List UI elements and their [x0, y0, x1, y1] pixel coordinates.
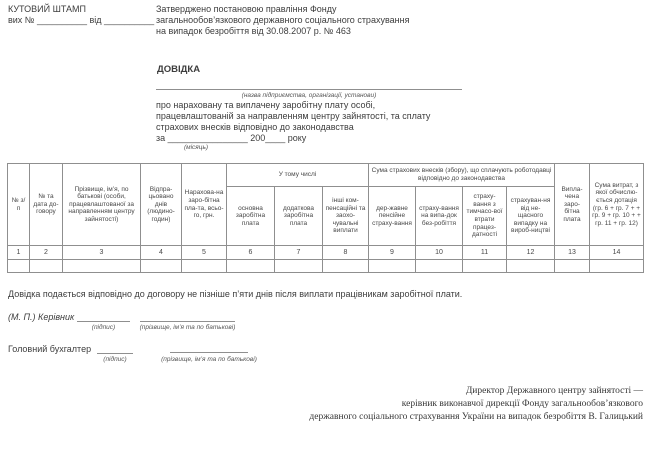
accountant-role-label: Головний бухгалтер — [8, 344, 91, 355]
col-num-11: 11 — [463, 246, 507, 260]
col-header-7: додаткова заробітна плата — [275, 187, 323, 246]
subject-block: про нараховану та виплачену заробітну пл… — [156, 100, 430, 144]
org-name-line — [156, 80, 462, 90]
data-cell — [141, 260, 182, 273]
head-role-label: (М. П.) Керівник — [8, 312, 74, 323]
col-num-6: 6 — [227, 246, 275, 260]
col-num-5: 5 — [182, 246, 227, 260]
approval-line: на випадок безробіття від 30.08.2007 р. … — [156, 26, 409, 37]
data-cell — [463, 260, 507, 273]
data-cell — [227, 260, 275, 273]
data-cell — [416, 260, 463, 273]
subject-line: страхових внесків відповідно до законода… — [156, 122, 430, 133]
month-caption: (місяць) — [158, 144, 234, 152]
data-cell — [555, 260, 590, 273]
col-num-3: 3 — [63, 246, 141, 260]
col-num-14: 14 — [590, 246, 644, 260]
accountant-signature-caption: (підпис) — [85, 356, 145, 364]
head-signature-line — [77, 312, 130, 322]
col-num-13: 13 — [555, 246, 590, 260]
data-cell — [507, 260, 555, 273]
certificate-form-page: КУТОВИЙ ШТАМП вих № __________ від _____… — [0, 0, 650, 457]
col-header-10: страху-вання на випа-док без-робіття — [416, 187, 463, 246]
director-line: державного соціального страхування Украї… — [243, 411, 643, 424]
accountant-name-line — [170, 343, 248, 353]
col-num-8: 8 — [323, 246, 369, 260]
col-header-6: основна заробітна плата — [227, 187, 275, 246]
col-num-2: 2 — [30, 246, 63, 260]
accountant-signature-line — [97, 344, 133, 354]
subject-line: працевлаштованій за направленням центру … — [156, 111, 430, 122]
col-header-8: інші ком-пенсаційні та заохо-чувальні ви… — [323, 187, 369, 246]
col-num-7: 7 — [275, 246, 323, 260]
data-cell — [63, 260, 141, 273]
corner-stamp-title: КУТОВИЙ ШТАМП — [8, 4, 154, 15]
col-header-3: Прізвище, ім’я, по батькові (особи, прац… — [63, 164, 141, 246]
director-line: керівник виконавчої дирекції Фонду загал… — [243, 398, 643, 411]
period-line: за ________________ 200____ року — [156, 133, 430, 144]
page-title: ДОВІДКА — [157, 64, 200, 75]
submission-note: Довідка подається відповідно до договору… — [8, 289, 462, 300]
accountant-name-caption: (прізвище, ім’я та по батькові) — [158, 356, 260, 364]
subject-line: про нараховану та виплачену заробітну пл… — [156, 100, 430, 111]
data-cell — [369, 260, 416, 273]
outgoing-ref-line: вих № __________ від __________ — [8, 15, 154, 26]
col-header-13: Випла-чена заро-бітна плата — [555, 164, 590, 246]
data-cell — [182, 260, 227, 273]
col-header-5: Нарахова-на заро-бітна пла-та, всьо-го, … — [182, 164, 227, 246]
col-header-12: страхуван-ня від не-щасного випадку на в… — [507, 187, 555, 246]
col-header-2: № та дата до-говору — [30, 164, 63, 246]
org-name-caption: (назва підприємства, організації, устано… — [156, 92, 462, 100]
col-num-12: 12 — [507, 246, 555, 260]
director-line: Директор Державного центру зайнятості — — [243, 385, 643, 398]
col-header-14: Сума витрат, з якої обчислю-ється дотаці… — [590, 164, 644, 246]
approval-line: загальнообов’язкового державного соціаль… — [156, 15, 409, 26]
col-num-10: 10 — [416, 246, 463, 260]
col-num-4: 4 — [141, 246, 182, 260]
col-header-9: дер-жавне пенсійне страху-вання — [369, 187, 416, 246]
col-header-4: Відпра-цьовано днів (людино-годин) — [141, 164, 182, 246]
head-signature-caption: (підпис) — [77, 324, 130, 332]
head-name-caption: (прізвище, ім’я та по батькові) — [140, 324, 235, 332]
head-name-line — [140, 312, 235, 322]
group-header-insurance: Сума страхових внесків (збору), що сплач… — [369, 164, 555, 187]
data-cell — [323, 260, 369, 273]
corner-stamp-block: КУТОВИЙ ШТАМП вих № __________ від _____… — [8, 4, 154, 26]
director-block: Директор Державного центру зайнятості — … — [243, 385, 643, 424]
group-header-included: У тому числі — [227, 164, 369, 187]
col-header-11: страху-вання з тимчасо-вої втрати працез… — [463, 187, 507, 246]
data-cell — [590, 260, 644, 273]
data-cell — [8, 260, 30, 273]
data-cell — [275, 260, 323, 273]
approval-block: Затверджено постановою правління Фонду з… — [156, 4, 409, 37]
salary-report-table: № з/п № та дата до-говору Прізвище, ім’я… — [7, 163, 644, 273]
data-cell — [30, 260, 63, 273]
col-num-1: 1 — [8, 246, 30, 260]
approval-line: Затверджено постановою правління Фонду — [156, 4, 409, 15]
col-num-9: 9 — [369, 246, 416, 260]
col-header-1: № з/п — [8, 164, 30, 246]
